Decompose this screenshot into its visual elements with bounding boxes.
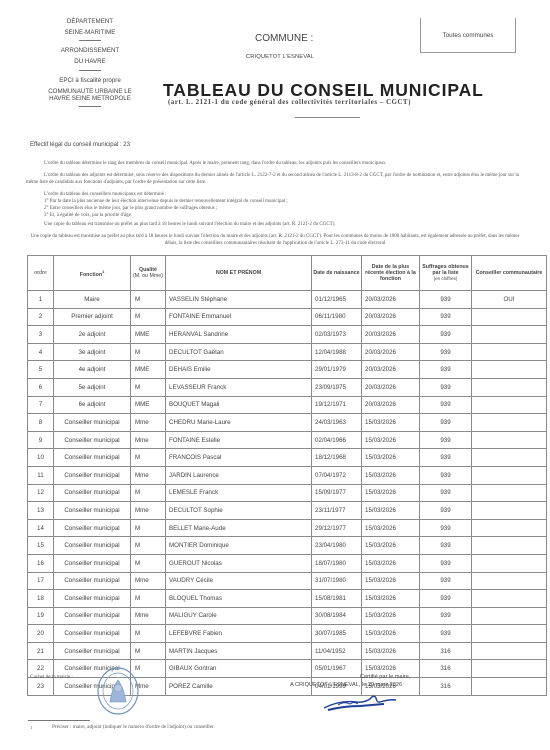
cell-communautaire <box>472 308 547 326</box>
departement-value: SEINE-MARITIME <box>20 29 160 36</box>
cell-suffrages: 939 <box>420 414 472 432</box>
table-row: 18Conseiller municipalMBLOQUEL Thomas15/… <box>28 590 547 608</box>
cell-suffrages: 939 <box>420 326 472 344</box>
mairie-stamp-icon <box>96 666 140 716</box>
cell-communautaire <box>472 678 547 696</box>
table-row: 54e adjointMMEDEHAIS Emilie29/01/197920/… <box>28 361 547 379</box>
cell-communautaire <box>472 378 547 396</box>
cell-communautaire <box>472 519 547 537</box>
cell-qualite: M <box>131 554 166 572</box>
divider <box>79 106 101 107</box>
cell-nom: MARTIN Jacques <box>166 642 312 660</box>
col-fonction: Fonction1 <box>54 256 131 291</box>
cell-fonction: Conseiller municipal <box>54 554 131 572</box>
cell-naissance: 23/11/1977 <box>312 502 362 520</box>
cell-qualite: M <box>131 590 166 608</box>
cell-nom: DEHAIS Emilie <box>166 361 312 379</box>
cell-suffrages: 939 <box>420 431 472 449</box>
cell-ordre: 5 <box>28 361 54 379</box>
table-row: 19Conseiller municipalMmeMALIGUY Carole3… <box>28 607 547 625</box>
cell-election: 15/03/2026 <box>362 484 420 502</box>
cell-suffrages: 939 <box>420 396 472 414</box>
cell-nom: GUEROUT Nicolas <box>166 554 312 572</box>
table-row: 8Conseiller municipalMmeCHEDRU Marie-Lau… <box>28 414 547 432</box>
cell-suffrages: 939 <box>420 484 472 502</box>
cell-election: 15/03/2026 <box>362 537 420 555</box>
table-row: 15Conseiller municipalMMONTIER Dominique… <box>28 537 547 555</box>
cell-suffrages: 939 <box>420 572 472 590</box>
cell-fonction: Premier adjoint <box>54 308 131 326</box>
cell-communautaire <box>472 396 547 414</box>
cell-ordre: 17 <box>28 572 54 590</box>
table-body: 1MaireMVASSELIN Stéphane01/12/196520/03/… <box>28 291 547 696</box>
cell-communautaire <box>472 642 547 660</box>
cell-nom: MALIGUY Carole <box>166 607 312 625</box>
paragraph-ordre-adjoints: L'ordre du tableau des adjoints est déte… <box>26 172 526 186</box>
cell-ordre: 4 <box>28 343 54 361</box>
col-ordre: ordre <box>28 256 54 291</box>
divider <box>79 70 101 71</box>
cell-qualite: Mme <box>131 414 166 432</box>
cell-fonction: Conseiller municipal <box>54 484 131 502</box>
col-qualite-sub: (M. ou Mme) <box>131 273 165 279</box>
cell-election: 15/03/2026 <box>362 625 420 643</box>
cell-qualite: M <box>131 625 166 643</box>
table-row: 14Conseiller municipalMBELLET Marie-Aude… <box>28 519 547 537</box>
mayor-signature-icon <box>320 690 400 714</box>
cell-nom: LEFEBVRE Fabien <box>166 625 312 643</box>
cell-ordre: 2 <box>28 308 54 326</box>
cell-nom: FONTAINE Emmanuel <box>166 308 312 326</box>
table-row: 9Conseiller municipalMmeFONTAINE Estelle… <box>28 431 547 449</box>
cell-ordre: 6 <box>28 378 54 396</box>
col-suffrages-label: Suffrages obtenus par la liste <box>420 264 471 276</box>
cell-communautaire <box>472 590 547 608</box>
cell-qualite: M <box>131 519 166 537</box>
table-row: 20Conseiller municipalMLEFEBVRE Fabien30… <box>28 625 547 643</box>
cell-suffrages: 939 <box>420 361 472 379</box>
table-row: 16Conseiller municipalMGUEROUT Nicolas18… <box>28 554 547 572</box>
table-row: 12Conseiller municipalMLEMESLE Franck15/… <box>28 484 547 502</box>
title-divider <box>295 117 360 118</box>
cell-suffrages: 939 <box>420 291 472 309</box>
cell-naissance: 23/04/1980 <box>312 537 362 555</box>
arrondissement-label: ARRONDISSEMENT <box>20 47 160 54</box>
cell-ordre: 16 <box>28 554 54 572</box>
cell-fonction: 2e adjoint <box>54 326 131 344</box>
cell-ordre: 7 <box>28 396 54 414</box>
cell-nom: FRANCOIS Pascal <box>166 449 312 467</box>
cell-suffrages: 939 <box>420 625 472 643</box>
col-communautaire: Conseiller communautaire <box>472 256 547 291</box>
page-title: TABLEAU DU CONSEIL MUNICIPAL <box>163 80 484 101</box>
cell-ordre: 23 <box>28 678 54 696</box>
scope-text: Toutes communes <box>421 32 515 39</box>
cell-nom: FONTAINE Estelle <box>166 431 312 449</box>
cell-election: 15/03/2026 <box>362 519 420 537</box>
cell-ordre: 1 <box>28 291 54 309</box>
cell-fonction: 5e adjoint <box>54 378 131 396</box>
commune-label: COMMUNE : <box>255 33 313 44</box>
cell-nom: VAUDRY Cécile <box>166 572 312 590</box>
cell-communautaire <box>472 466 547 484</box>
cell-naissance: 01/12/1965 <box>312 291 362 309</box>
cell-suffrages: 939 <box>420 607 472 625</box>
cell-qualite: M <box>131 291 166 309</box>
cell-election: 15/03/2026 <box>362 431 420 449</box>
epci-label: EPCI à fiscalité propre <box>20 77 160 84</box>
cell-communautaire <box>472 431 547 449</box>
cell-qualite: M <box>131 537 166 555</box>
certified-by: Certifié par le maire, <box>360 674 410 680</box>
cell-election: 15/03/2026 <box>362 590 420 608</box>
cell-qualite: M <box>131 343 166 361</box>
cell-naissance: 30/07/1985 <box>312 625 362 643</box>
cell-suffrages: 939 <box>420 519 472 537</box>
cell-election: 15/03/2026 <box>362 449 420 467</box>
cell-election: 20/03/2026 <box>362 361 420 379</box>
cell-ordre: 9 <box>28 431 54 449</box>
cell-suffrages: 316 <box>420 642 472 660</box>
cell-fonction: Conseiller municipal <box>54 502 131 520</box>
cell-naissance: 29/12/1977 <box>312 519 362 537</box>
commune-name: CRIQUETOT L'ESNEVAL <box>246 54 314 60</box>
cell-suffrages: 939 <box>420 537 472 555</box>
rule-item: 3° Et, à égalité de voix, par la priorit… <box>44 212 534 219</box>
cell-ordre: 8 <box>28 414 54 432</box>
col-suffrages: Suffrages obtenus par la liste(en chiffr… <box>420 256 472 291</box>
table-row: 17Conseiller municipalMmeVAUDRY Cécile31… <box>28 572 547 590</box>
cell-naissance: 11/04/1952 <box>312 642 362 660</box>
col-election: Date de la plus récente élection à la fo… <box>362 256 420 291</box>
cell-election: 20/03/2026 <box>362 378 420 396</box>
cell-qualite: M <box>131 642 166 660</box>
footnote-divider <box>28 720 90 721</box>
cell-election: 20/03/2026 <box>362 291 420 309</box>
cell-naissance: 06/11/1980 <box>312 308 362 326</box>
cell-fonction: Conseiller municipal <box>54 607 131 625</box>
cell-naissance: 15/08/1981 <box>312 590 362 608</box>
cell-nom: MONTIER Dominique <box>166 537 312 555</box>
cell-nom: BELLET Marie-Aude <box>166 519 312 537</box>
cell-communautaire <box>472 449 547 467</box>
cell-naissance: 18/07/1980 <box>312 554 362 572</box>
council-table: ordre Fonction1 Qualité(M. ou Mme) NOM E… <box>27 255 547 696</box>
cell-fonction: Conseiller municipal <box>54 625 131 643</box>
cell-suffrages: 939 <box>420 590 472 608</box>
cell-fonction: 4e adjoint <box>54 361 131 379</box>
cell-communautaire <box>472 572 547 590</box>
cell-qualite: MME <box>131 326 166 344</box>
cell-fonction: Conseiller municipal <box>54 519 131 537</box>
table-header-row: ordre Fonction1 Qualité(M. ou Mme) NOM E… <box>28 256 547 291</box>
cell-election: 20/03/2026 <box>362 308 420 326</box>
page-subtitle: (art. L. 2121-1 du code général des coll… <box>168 99 411 106</box>
rule-item: 2° Entre conseillers élus le même jour, … <box>44 205 534 212</box>
footnote-ref: 1 <box>102 269 104 274</box>
cell-communautaire <box>472 607 547 625</box>
departement-label: DÉPARTEMENT <box>20 18 160 25</box>
cell-election: 20/03/2026 <box>362 326 420 344</box>
cell-communautaire <box>472 537 547 555</box>
table-row: 32e adjointMMEHERANVAL Sandrine02/03/197… <box>28 326 547 344</box>
cell-nom: CHEDRU Marie-Laure <box>166 414 312 432</box>
cell-nom: DECULTOT Sophie <box>166 502 312 520</box>
cell-suffrages: 316 <box>420 660 472 678</box>
cell-naissance: 02/03/1973 <box>312 326 362 344</box>
cell-communautaire <box>472 554 547 572</box>
cell-election: 15/03/2026 <box>362 502 420 520</box>
cell-nom: VASSELIN Stéphane <box>166 291 312 309</box>
col-nom: NOM ET PRÉNOM <box>166 256 312 291</box>
table-row: 2Premier adjointMFONTAINE Emmanuel06/11/… <box>28 308 547 326</box>
table-row: 13Conseiller municipalMmeDECULTOT Sophie… <box>28 502 547 520</box>
cell-naissance: 02/04/1966 <box>312 431 362 449</box>
cell-qualite: Mme <box>131 572 166 590</box>
cell-qualite: M <box>131 484 166 502</box>
cell-suffrages: 939 <box>420 308 472 326</box>
cell-ordre: 13 <box>28 502 54 520</box>
cell-qualite: Mme <box>131 607 166 625</box>
cell-fonction: Conseiller municipal <box>54 466 131 484</box>
cell-nom: LEMESLE Franck <box>166 484 312 502</box>
cell-naissance: 23/09/1975 <box>312 378 362 396</box>
footnote-text: Préciser : maire, adjoint (indiquer le n… <box>52 724 215 730</box>
cell-fonction: Maire <box>54 291 131 309</box>
cell-ordre: 21 <box>28 642 54 660</box>
table-row: 21Conseiller municipalMMARTIN Jacques11/… <box>28 642 547 660</box>
table-row: 1MaireMVASSELIN Stéphane01/12/196520/03/… <box>28 291 547 309</box>
effectif-legal: Effectif légal du conseil municipal : 23 <box>30 142 130 148</box>
cell-fonction: Conseiller municipal <box>54 414 131 432</box>
cell-election: 20/03/2026 <box>362 396 420 414</box>
epci-value: COMMUNAUTE URBAINE LE HAVRE SEINE METROP… <box>20 88 160 102</box>
cell-election: 15/03/2026 <box>362 554 420 572</box>
paragraph-transmission-full: Une copie du tableau est transmise au pr… <box>26 233 524 247</box>
cell-election: 15/03/2026 <box>362 466 420 484</box>
cell-suffrages: 939 <box>420 449 472 467</box>
cell-communautaire <box>472 660 547 678</box>
cell-fonction: Conseiller municipal <box>54 537 131 555</box>
cell-communautaire <box>472 361 547 379</box>
cell-nom: BOUQUET Magali <box>166 396 312 414</box>
cell-communautaire <box>472 326 547 344</box>
cell-communautaire <box>472 484 547 502</box>
cell-qualite: Mme <box>131 502 166 520</box>
cell-ordre: 14 <box>28 519 54 537</box>
cell-election: 15/03/2026 <box>362 572 420 590</box>
divider <box>79 40 101 41</box>
cell-ordre: 19 <box>28 607 54 625</box>
cell-naissance: 18/12/1968 <box>312 449 362 467</box>
cell-ordre: 3 <box>28 326 54 344</box>
col-fonction-label: Fonction <box>80 271 102 277</box>
cell-suffrages: 316 <box>420 678 472 696</box>
cell-ordre: 20 <box>28 625 54 643</box>
paragraph-intro: L'ordre du tableau des conseillers munic… <box>44 191 534 198</box>
cell-election: 15/03/2026 <box>362 607 420 625</box>
cell-ordre: 12 <box>28 484 54 502</box>
table-row: 11Conseiller municipalMmeJARDIN Laurence… <box>28 466 547 484</box>
cell-naissance: 12/04/1988 <box>312 343 362 361</box>
cell-fonction: Conseiller municipal <box>54 449 131 467</box>
cell-communautaire: OUI <box>472 291 547 309</box>
cell-election: 15/03/2026 <box>362 642 420 660</box>
cell-qualite: MME <box>131 396 166 414</box>
table-row: 65e adjointMLEVASSEUR Franck23/09/197520… <box>28 378 547 396</box>
administrative-header: DÉPARTEMENT SEINE-MARITIME ARRONDISSEMEN… <box>20 18 160 113</box>
cell-nom: DECULTOT Gaëtan <box>166 343 312 361</box>
cell-communautaire <box>472 502 547 520</box>
cell-suffrages: 939 <box>420 343 472 361</box>
cachet-label: Cachet de la mairie : <box>30 674 73 680</box>
cell-fonction: 3e adjoint <box>54 343 131 361</box>
arrondissement-value: DU HAVRE <box>20 58 160 65</box>
table-row: 43e adjointMDECULTOT Gaëtan12/04/198820/… <box>28 343 547 361</box>
paragraph-ordre-conseillers: L'ordre du tableau des conseillers munic… <box>44 191 534 219</box>
cell-fonction: 6e adjoint <box>54 396 131 414</box>
cell-naissance: 19/12/1971 <box>312 396 362 414</box>
footnote-number: 1 <box>30 725 32 730</box>
col-suffrages-sub: (en chiffres) <box>420 276 471 282</box>
cell-ordre: 11 <box>28 466 54 484</box>
cell-fonction: Conseiller municipal <box>54 572 131 590</box>
cell-qualite: MME <box>131 361 166 379</box>
table-row: 76e adjointMMEBOUQUET Magali19/12/197120… <box>28 396 547 414</box>
cell-ordre: 10 <box>28 449 54 467</box>
cell-naissance: 29/01/1979 <box>312 361 362 379</box>
cell-communautaire <box>472 625 547 643</box>
cell-suffrages: 939 <box>420 466 472 484</box>
cell-election: 20/03/2026 <box>362 343 420 361</box>
cell-qualite: M <box>131 449 166 467</box>
cell-suffrages: 939 <box>420 502 472 520</box>
cell-nom: HERANVAL Sandrine <box>166 326 312 344</box>
cell-suffrages: 939 <box>420 378 472 396</box>
cell-naissance: 05/01/1967 <box>312 660 362 678</box>
col-qualite: Qualité(M. ou Mme) <box>131 256 166 291</box>
cell-nom: GIBAUX Gontran <box>166 660 312 678</box>
rule-item: 1° Par la date la plus ancienne de leur … <box>44 198 534 205</box>
cell-naissance: 07/04/1972 <box>312 466 362 484</box>
cell-communautaire <box>472 414 547 432</box>
cell-communautaire <box>472 343 547 361</box>
cell-nom: JARDIN Laurence <box>166 466 312 484</box>
cell-qualite: M <box>131 308 166 326</box>
cell-fonction: Conseiller municipal <box>54 431 131 449</box>
paragraph-ordre-tableau: L'ordre du tableau détermine le rang des… <box>44 160 534 167</box>
cell-naissance: 30/08/1984 <box>312 607 362 625</box>
cell-nom: BLOQUEL Thomas <box>166 590 312 608</box>
cell-ordre: 15 <box>28 537 54 555</box>
cell-election: 15/03/2026 <box>362 414 420 432</box>
cell-qualite: Mme <box>131 466 166 484</box>
scope-box: Toutes communes <box>420 18 516 53</box>
cell-suffrages: 939 <box>420 554 472 572</box>
cell-qualite: M <box>131 378 166 396</box>
cell-ordre: 18 <box>28 590 54 608</box>
cell-qualite: Mme <box>131 431 166 449</box>
cell-fonction: Conseiller municipal <box>54 642 131 660</box>
cell-fonction: Conseiller municipal <box>54 590 131 608</box>
col-naissance: Date de naissance <box>312 256 362 291</box>
table-row: 10Conseiller municipalMFRANCOIS Pascal18… <box>28 449 547 467</box>
cell-naissance: 15/09/1977 <box>312 484 362 502</box>
cell-naissance: 24/03/1963 <box>312 414 362 432</box>
paragraph-transmission: Une copie du tableau est transmise au pr… <box>44 221 534 228</box>
certified-place-date: A CRIQUETOT L'ESNEVAL, le 20 mars 2026 <box>290 682 402 688</box>
cell-nom: LEVASSEUR Franck <box>166 378 312 396</box>
cell-naissance: 31/07/1980 <box>312 572 362 590</box>
